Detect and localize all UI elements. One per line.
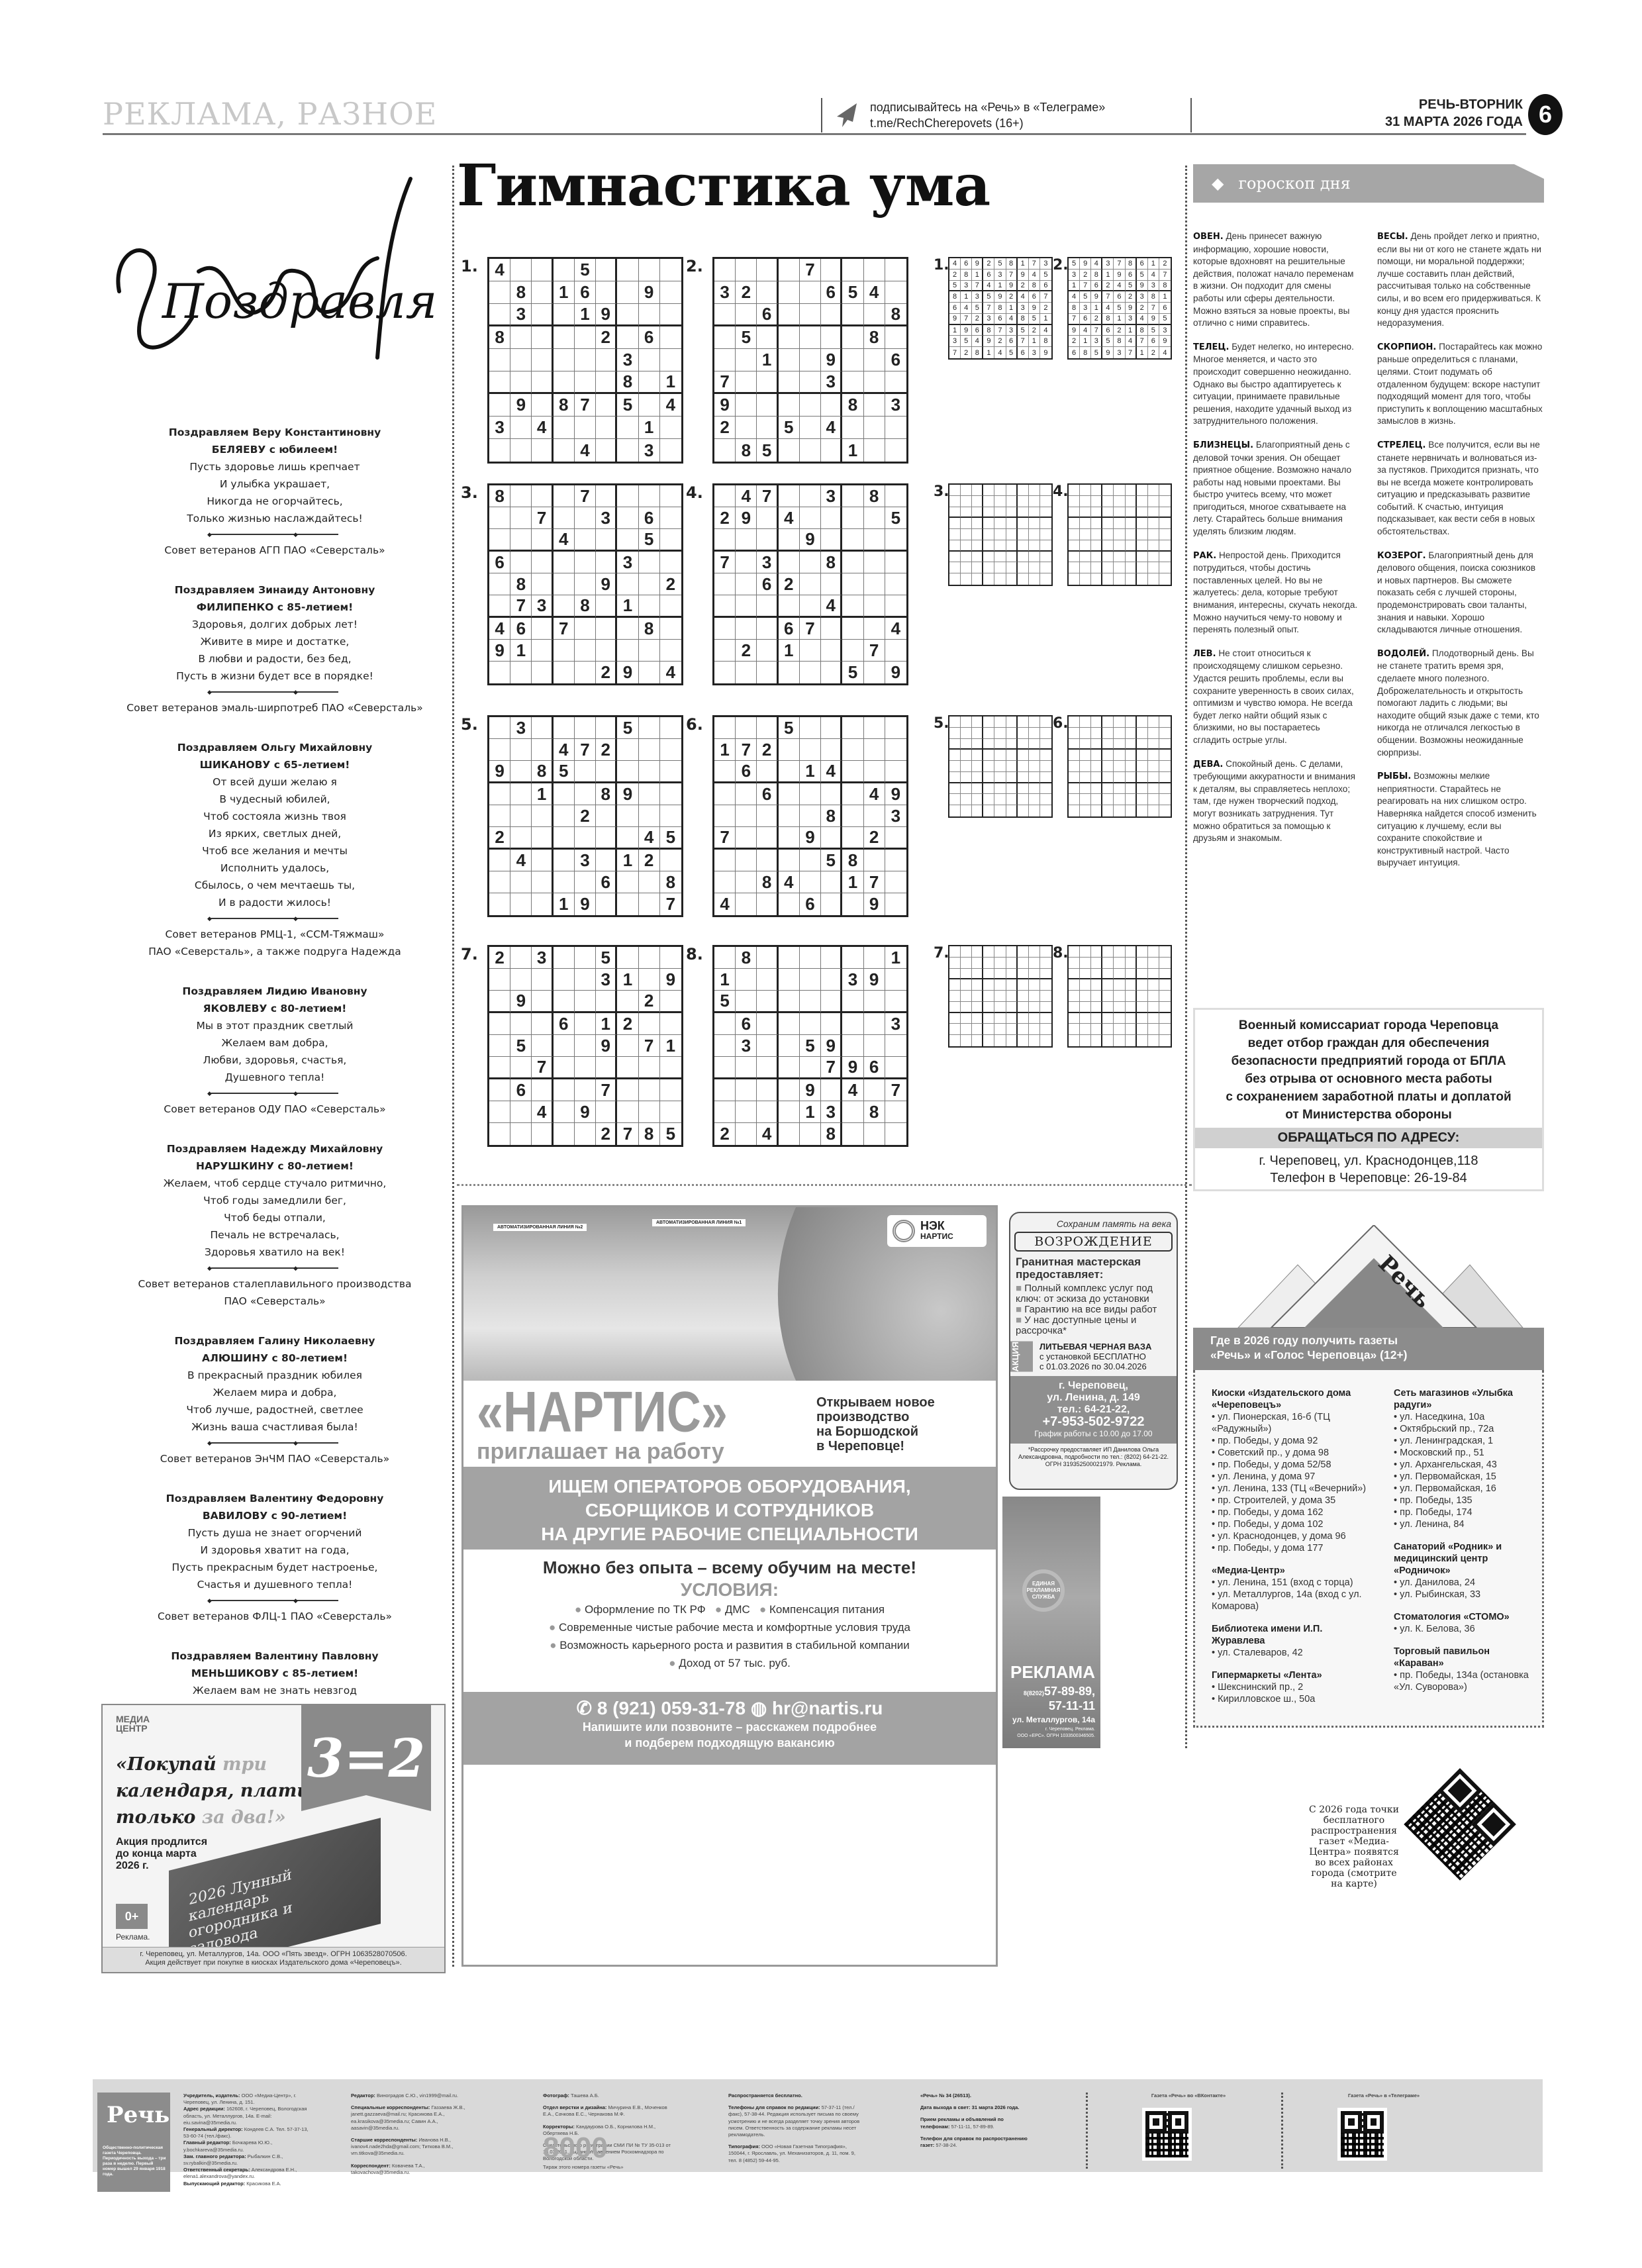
sudoku-cell[interactable]	[510, 1123, 532, 1145]
sudoku-cell[interactable]	[510, 969, 532, 991]
sudoku-cell[interactable]	[800, 871, 821, 893]
sudoku-cell[interactable]: 5	[617, 394, 638, 417]
sudoku-cell[interactable]	[842, 640, 863, 662]
sudoku-cell[interactable]	[714, 439, 736, 462]
sudoku-cell[interactable]: 4	[660, 394, 681, 417]
sudoku-cell[interactable]	[575, 991, 596, 1013]
sudoku-cell[interactable]	[779, 485, 800, 507]
sudoku-cell[interactable]	[800, 349, 821, 371]
sudoku-cell[interactable]	[575, 1123, 596, 1145]
telegram-link[interactable]: t.me/RechCherepovets (16+)	[870, 115, 1105, 131]
sudoku-grid[interactable]: 732654685819673983254851	[712, 257, 908, 464]
sudoku-cell[interactable]	[736, 1101, 757, 1123]
sudoku-cell[interactable]	[714, 595, 736, 618]
sudoku-cell[interactable]: 6	[885, 349, 906, 371]
sudoku-cell[interactable]	[660, 417, 681, 439]
sudoku-cell[interactable]	[617, 439, 638, 462]
telegram-qr[interactable]	[1337, 2108, 1387, 2161]
sudoku-cell[interactable]: 7	[660, 893, 681, 915]
sudoku-cell[interactable]: 8	[489, 326, 510, 349]
sudoku-cell[interactable]	[885, 871, 906, 893]
sudoku-cell[interactable]	[800, 850, 821, 871]
sudoku-cell[interactable]	[800, 969, 821, 991]
sudoku-cell[interactable]	[714, 1057, 736, 1079]
sudoku-cell[interactable]	[575, 507, 596, 529]
sudoku-cell[interactable]	[821, 871, 842, 893]
sudoku-cell[interactable]	[800, 281, 821, 304]
sudoku-cell[interactable]	[510, 662, 532, 683]
sudoku-cell[interactable]	[489, 717, 510, 739]
sudoku-cell[interactable]	[660, 739, 681, 761]
sudoku-cell[interactable]	[660, 595, 681, 618]
sudoku-cell[interactable]	[489, 893, 510, 915]
sudoku-cell[interactable]: 2	[639, 991, 660, 1013]
sudoku-cell[interactable]: 5	[617, 717, 638, 739]
sudoku-cell[interactable]	[757, 529, 778, 552]
sudoku-grid[interactable]: 354729851892245431268197	[487, 715, 683, 917]
sudoku-cell[interactable]: 9	[714, 394, 736, 417]
sudoku-grid[interactable]: 4581693198263819875434143	[487, 257, 683, 464]
sudoku-cell[interactable]	[842, 507, 863, 529]
sudoku-cell[interactable]	[864, 259, 885, 281]
sudoku-cell[interactable]	[800, 394, 821, 417]
sudoku-cell[interactable]	[800, 662, 821, 683]
sudoku-cell[interactable]	[489, 573, 510, 595]
sudoku-cell[interactable]	[736, 717, 757, 739]
sudoku-cell[interactable]	[842, 1013, 863, 1035]
sudoku-cell[interactable]	[757, 850, 778, 871]
sudoku-cell[interactable]	[510, 739, 532, 761]
sudoku-cell[interactable]	[779, 1101, 800, 1123]
sudoku-cell[interactable]	[779, 1035, 800, 1057]
sudoku-cell[interactable]	[842, 371, 863, 394]
sudoku-cell[interactable]: 6	[639, 507, 660, 529]
sudoku-cell[interactable]: 8	[510, 281, 532, 304]
sudoku-cell[interactable]: 9	[596, 573, 617, 595]
sudoku-cell[interactable]	[736, 618, 757, 640]
sudoku-cell[interactable]	[660, 805, 681, 827]
sudoku-cell[interactable]	[864, 761, 885, 783]
sudoku-cell[interactable]	[596, 394, 617, 417]
sudoku-cell[interactable]: 2	[596, 739, 617, 761]
sudoku-cell[interactable]	[489, 371, 510, 394]
sudoku-cell[interactable]: 8	[821, 805, 842, 827]
sudoku-cell[interactable]	[736, 529, 757, 552]
sudoku-cell[interactable]	[639, 739, 660, 761]
sudoku-cell[interactable]	[510, 1013, 532, 1035]
sudoku-cell[interactable]	[510, 326, 532, 349]
sudoku-cell[interactable]	[821, 304, 842, 326]
sudoku-cell[interactable]	[757, 326, 778, 349]
sudoku-cell[interactable]	[864, 805, 885, 827]
sudoku-cell[interactable]: 5	[779, 417, 800, 439]
sudoku-cell[interactable]	[639, 304, 660, 326]
sudoku-cell[interactable]: 7	[800, 259, 821, 281]
sudoku-cell[interactable]	[779, 259, 800, 281]
sudoku-cell[interactable]: 4	[821, 417, 842, 439]
sudoku-cell[interactable]	[617, 417, 638, 439]
sudoku-cell[interactable]	[714, 1101, 736, 1123]
sudoku-cell[interactable]	[596, 717, 617, 739]
sudoku-cell[interactable]	[736, 827, 757, 850]
sudoku-cell[interactable]	[757, 969, 778, 991]
sudoku-cell[interactable]: 1	[617, 595, 638, 618]
sudoku-cell[interactable]: 1	[714, 739, 736, 761]
sudoku-cell[interactable]	[842, 485, 863, 507]
sudoku-cell[interactable]: 8	[639, 1123, 660, 1145]
sudoku-cell[interactable]	[757, 1101, 778, 1123]
sudoku-cell[interactable]	[554, 552, 575, 573]
sudoku-cell[interactable]: 9	[660, 969, 681, 991]
sudoku-cell[interactable]: 9	[596, 304, 617, 326]
sudoku-cell[interactable]: 5	[821, 850, 842, 871]
sudoku-cell[interactable]	[842, 529, 863, 552]
sudoku-cell[interactable]	[800, 507, 821, 529]
sudoku-cell[interactable]	[554, 805, 575, 827]
sudoku-cell[interactable]: 7	[864, 640, 885, 662]
sudoku-cell[interactable]	[575, 969, 596, 991]
sudoku-cell[interactable]: 6	[510, 1079, 532, 1101]
sudoku-cell[interactable]	[757, 662, 778, 683]
sudoku-cell[interactable]: 9	[575, 893, 596, 915]
sudoku-cell[interactable]	[617, 1079, 638, 1101]
sudoku-cell[interactable]: 2	[575, 805, 596, 827]
sudoku-cell[interactable]	[885, 259, 906, 281]
sudoku-cell[interactable]: 7	[757, 485, 778, 507]
sudoku-cell[interactable]	[821, 394, 842, 417]
sudoku-cell[interactable]: 5	[842, 281, 863, 304]
sudoku-cell[interactable]	[596, 529, 617, 552]
sudoku-cell[interactable]	[554, 991, 575, 1013]
sudoku-cell[interactable]	[554, 1101, 575, 1123]
sudoku-cell[interactable]	[736, 893, 757, 915]
sudoku-cell[interactable]: 9	[800, 827, 821, 850]
sudoku-cell[interactable]	[489, 739, 510, 761]
sudoku-cell[interactable]	[554, 485, 575, 507]
sudoku-cell[interactable]	[779, 371, 800, 394]
sudoku-cell[interactable]	[821, 827, 842, 850]
sudoku-cell[interactable]	[885, 1123, 906, 1145]
sudoku-cell[interactable]	[757, 805, 778, 827]
sudoku-cell[interactable]	[639, 640, 660, 662]
sudoku-cell[interactable]	[617, 640, 638, 662]
sudoku-cell[interactable]	[489, 394, 510, 417]
sudoku-cell[interactable]	[864, 739, 885, 761]
sudoku-cell[interactable]	[617, 739, 638, 761]
sudoku-cell[interactable]: 1	[779, 640, 800, 662]
sudoku-cell[interactable]	[736, 1057, 757, 1079]
sudoku-cell[interactable]	[714, 304, 736, 326]
sudoku-cell[interactable]	[532, 259, 553, 281]
sudoku-cell[interactable]	[864, 595, 885, 618]
sudoku-cell[interactable]: 4	[736, 485, 757, 507]
sudoku-cell[interactable]	[596, 761, 617, 783]
sudoku-cell[interactable]	[842, 1035, 863, 1057]
sudoku-cell[interactable]	[757, 761, 778, 783]
sudoku-cell[interactable]	[532, 552, 553, 573]
sudoku-cell[interactable]	[779, 893, 800, 915]
sudoku-cell[interactable]: 9	[864, 893, 885, 915]
sudoku-cell[interactable]	[757, 947, 778, 969]
sudoku-cell[interactable]	[596, 805, 617, 827]
sudoku-cell[interactable]	[800, 1123, 821, 1145]
sudoku-cell[interactable]	[736, 1123, 757, 1145]
sudoku-cell[interactable]: 3	[885, 805, 906, 827]
sudoku-cell[interactable]	[842, 717, 863, 739]
sudoku-cell[interactable]	[864, 1035, 885, 1057]
sudoku-cell[interactable]	[639, 485, 660, 507]
sudoku-cell[interactable]	[554, 717, 575, 739]
sudoku-cell[interactable]	[736, 805, 757, 827]
sudoku-cell[interactable]: 6	[736, 1013, 757, 1035]
sudoku-cell[interactable]: 9	[617, 783, 638, 805]
sudoku-cell[interactable]	[779, 439, 800, 462]
sudoku-cell[interactable]	[757, 1057, 778, 1079]
sudoku-cell[interactable]	[532, 969, 553, 991]
sudoku-cell[interactable]	[639, 1101, 660, 1123]
sudoku-cell[interactable]: 4	[864, 783, 885, 805]
sudoku-cell[interactable]: 9	[800, 1079, 821, 1101]
sudoku-cell[interactable]	[779, 783, 800, 805]
sudoku-cell[interactable]	[554, 947, 575, 969]
sudoku-cell[interactable]: 6	[596, 871, 617, 893]
sudoku-cell[interactable]	[489, 304, 510, 326]
sudoku-cell[interactable]	[489, 595, 510, 618]
sudoku-cell[interactable]	[864, 349, 885, 371]
sudoku-cell[interactable]	[885, 485, 906, 507]
sudoku-cell[interactable]	[885, 371, 906, 394]
sudoku-cell[interactable]	[660, 349, 681, 371]
sudoku-cell[interactable]	[779, 991, 800, 1013]
sudoku-cell[interactable]	[510, 417, 532, 439]
sudoku-cell[interactable]	[757, 595, 778, 618]
sudoku-cell[interactable]	[617, 761, 638, 783]
sudoku-cell[interactable]	[821, 1079, 842, 1101]
sudoku-cell[interactable]: 3	[575, 850, 596, 871]
sudoku-cell[interactable]	[736, 1079, 757, 1101]
sudoku-cell[interactable]	[617, 281, 638, 304]
sudoku-cell[interactable]	[779, 349, 800, 371]
sudoku-cell[interactable]: 9	[736, 507, 757, 529]
sudoku-cell[interactable]	[757, 1013, 778, 1035]
sudoku-cell[interactable]	[532, 1035, 553, 1057]
sudoku-cell[interactable]	[842, 1123, 863, 1145]
sudoku-cell[interactable]	[554, 326, 575, 349]
sudoku-cell[interactable]	[864, 394, 885, 417]
sudoku-cell[interactable]	[714, 717, 736, 739]
sudoku-cell[interactable]	[800, 739, 821, 761]
sudoku-cell[interactable]: 2	[489, 947, 510, 969]
sudoku-cell[interactable]	[800, 717, 821, 739]
sudoku-cell[interactable]	[779, 947, 800, 969]
sudoku-cell[interactable]	[554, 1123, 575, 1145]
sudoku-cell[interactable]	[532, 827, 553, 850]
sudoku-cell[interactable]: 8	[554, 394, 575, 417]
sudoku-cell[interactable]	[554, 871, 575, 893]
sudoku-cell[interactable]	[554, 573, 575, 595]
sudoku-cell[interactable]	[532, 871, 553, 893]
sudoku-cell[interactable]: 3	[532, 595, 553, 618]
sudoku-cell[interactable]	[617, 618, 638, 640]
sudoku-cell[interactable]	[736, 969, 757, 991]
sudoku-cell[interactable]	[779, 595, 800, 618]
sudoku-cell[interactable]	[532, 662, 553, 683]
sudoku-cell[interactable]: 1	[842, 439, 863, 462]
sudoku-cell[interactable]	[714, 850, 736, 871]
sudoku-cell[interactable]: 3	[596, 969, 617, 991]
sudoku-cell[interactable]	[821, 1013, 842, 1035]
sudoku-cell[interactable]: 9	[575, 1101, 596, 1123]
sudoku-cell[interactable]: 5	[800, 1035, 821, 1057]
sudoku-cell[interactable]	[714, 761, 736, 783]
sudoku-cell[interactable]: 9	[617, 662, 638, 683]
sudoku-cell[interactable]: 7	[885, 1079, 906, 1101]
sudoku-cell[interactable]: 9	[489, 640, 510, 662]
sudoku-cell[interactable]: 3	[842, 969, 863, 991]
sudoku-cell[interactable]	[575, 618, 596, 640]
sudoku-cell[interactable]	[532, 394, 553, 417]
sudoku-cell[interactable]	[532, 281, 553, 304]
sudoku-cell[interactable]	[660, 618, 681, 640]
sudoku-cell[interactable]	[714, 573, 736, 595]
sudoku-cell[interactable]	[842, 991, 863, 1013]
sudoku-cell[interactable]	[510, 805, 532, 827]
sudoku-cell[interactable]	[660, 529, 681, 552]
sudoku-cell[interactable]: 3	[510, 304, 532, 326]
sudoku-cell[interactable]: 8	[489, 485, 510, 507]
sudoku-cell[interactable]	[554, 371, 575, 394]
sudoku-cell[interactable]: 9	[842, 1057, 863, 1079]
sudoku-cell[interactable]: 1	[800, 761, 821, 783]
sudoku-grid[interactable]: 81139563359796947138248	[712, 945, 908, 1147]
sudoku-cell[interactable]	[510, 485, 532, 507]
sudoku-cell[interactable]	[489, 1101, 510, 1123]
sudoku-cell[interactable]	[821, 618, 842, 640]
sudoku-cell[interactable]: 7	[714, 552, 736, 573]
sudoku-cell[interactable]	[864, 850, 885, 871]
sudoku-cell[interactable]: 7	[575, 739, 596, 761]
sudoku-cell[interactable]	[779, 304, 800, 326]
sudoku-cell[interactable]: 2	[660, 573, 681, 595]
sudoku-cell[interactable]	[532, 371, 553, 394]
sudoku-cell[interactable]	[864, 304, 885, 326]
sudoku-cell[interactable]: 1	[714, 969, 736, 991]
sudoku-cell[interactable]	[532, 1079, 553, 1101]
sudoku-cell[interactable]: 8	[821, 552, 842, 573]
sudoku-cell[interactable]: 9	[821, 349, 842, 371]
sudoku-cell[interactable]: 1	[554, 893, 575, 915]
sudoku-cell[interactable]	[779, 529, 800, 552]
sudoku-cell[interactable]	[510, 783, 532, 805]
sudoku-cell[interactable]	[554, 417, 575, 439]
sudoku-cell[interactable]: 7	[736, 739, 757, 761]
sudoku-cell[interactable]: 3	[821, 1101, 842, 1123]
sudoku-cell[interactable]	[596, 595, 617, 618]
sudoku-cell[interactable]: 8	[864, 326, 885, 349]
sudoku-cell[interactable]: 8	[617, 371, 638, 394]
sudoku-cell[interactable]	[617, 1035, 638, 1057]
sudoku-cell[interactable]	[885, 969, 906, 991]
sudoku-cell[interactable]	[639, 1057, 660, 1079]
sudoku-cell[interactable]	[800, 1057, 821, 1079]
sudoku-cell[interactable]	[660, 783, 681, 805]
sudoku-cell[interactable]: 3	[885, 1013, 906, 1035]
telegram-subscribe[interactable]: подписывайтесь на «Речь» в «Телеграме» t…	[821, 98, 1192, 132]
sudoku-cell[interactable]	[885, 640, 906, 662]
sudoku-cell[interactable]: 6	[864, 1057, 885, 1079]
sudoku-cell[interactable]: 8	[864, 485, 885, 507]
sudoku-cell[interactable]	[554, 1057, 575, 1079]
sudoku-cell[interactable]	[885, 893, 906, 915]
sudoku-cell[interactable]	[532, 739, 553, 761]
sudoku-cell[interactable]	[489, 805, 510, 827]
sudoku-cell[interactable]	[821, 573, 842, 595]
sudoku-cell[interactable]	[554, 640, 575, 662]
sudoku-cell[interactable]	[885, 417, 906, 439]
vk-qr[interactable]	[1142, 2108, 1192, 2161]
sudoku-cell[interactable]	[639, 871, 660, 893]
sudoku-cell[interactable]: 1	[554, 281, 575, 304]
sudoku-cell[interactable]	[489, 507, 510, 529]
sudoku-cell[interactable]	[489, 662, 510, 683]
sudoku-cell[interactable]	[596, 640, 617, 662]
sudoku-cell[interactable]	[800, 371, 821, 394]
sudoku-cell[interactable]: 4	[779, 507, 800, 529]
sudoku-cell[interactable]: 8	[575, 595, 596, 618]
sudoku-cell[interactable]	[617, 529, 638, 552]
sudoku-cell[interactable]	[639, 947, 660, 969]
sudoku-cell[interactable]	[596, 1057, 617, 1079]
sudoku-cell[interactable]	[532, 805, 553, 827]
sudoku-cell[interactable]	[639, 1013, 660, 1035]
sudoku-cell[interactable]	[575, 529, 596, 552]
sudoku-cell[interactable]	[554, 827, 575, 850]
sudoku-cell[interactable]	[554, 259, 575, 281]
sudoku-cell[interactable]	[575, 1035, 596, 1057]
sudoku-cell[interactable]: 2	[714, 507, 736, 529]
sudoku-cell[interactable]	[885, 573, 906, 595]
sudoku-cell[interactable]	[639, 573, 660, 595]
sudoku-cell[interactable]	[757, 717, 778, 739]
sudoku-cell[interactable]	[617, 304, 638, 326]
sudoku-cell[interactable]	[714, 529, 736, 552]
sudoku-cell[interactable]	[864, 991, 885, 1013]
sudoku-cell[interactable]	[575, 662, 596, 683]
sudoku-cell[interactable]	[596, 850, 617, 871]
sudoku-cell[interactable]	[842, 349, 863, 371]
sudoku-cell[interactable]	[575, 717, 596, 739]
sudoku-cell[interactable]	[510, 552, 532, 573]
sudoku-cell[interactable]	[510, 1057, 532, 1079]
sudoku-cell[interactable]	[554, 304, 575, 326]
sudoku-cell[interactable]	[885, 326, 906, 349]
sudoku-cell[interactable]	[736, 371, 757, 394]
sudoku-cell[interactable]	[575, 827, 596, 850]
sudoku-cell[interactable]	[639, 893, 660, 915]
sudoku-cell[interactable]: 8	[864, 1101, 885, 1123]
sudoku-cell[interactable]: 7	[554, 618, 575, 640]
sudoku-cell[interactable]: 4	[842, 1079, 863, 1101]
sudoku-cell[interactable]	[864, 947, 885, 969]
sudoku-cell[interactable]	[489, 783, 510, 805]
sudoku-cell[interactable]	[510, 1101, 532, 1123]
sudoku-cell[interactable]: 9	[510, 394, 532, 417]
sudoku-cell[interactable]	[714, 783, 736, 805]
sudoku-cell[interactable]: 2	[736, 640, 757, 662]
sudoku-cell[interactable]: 9	[885, 783, 906, 805]
sudoku-cell[interactable]: 9	[639, 281, 660, 304]
sudoku-cell[interactable]	[842, 893, 863, 915]
